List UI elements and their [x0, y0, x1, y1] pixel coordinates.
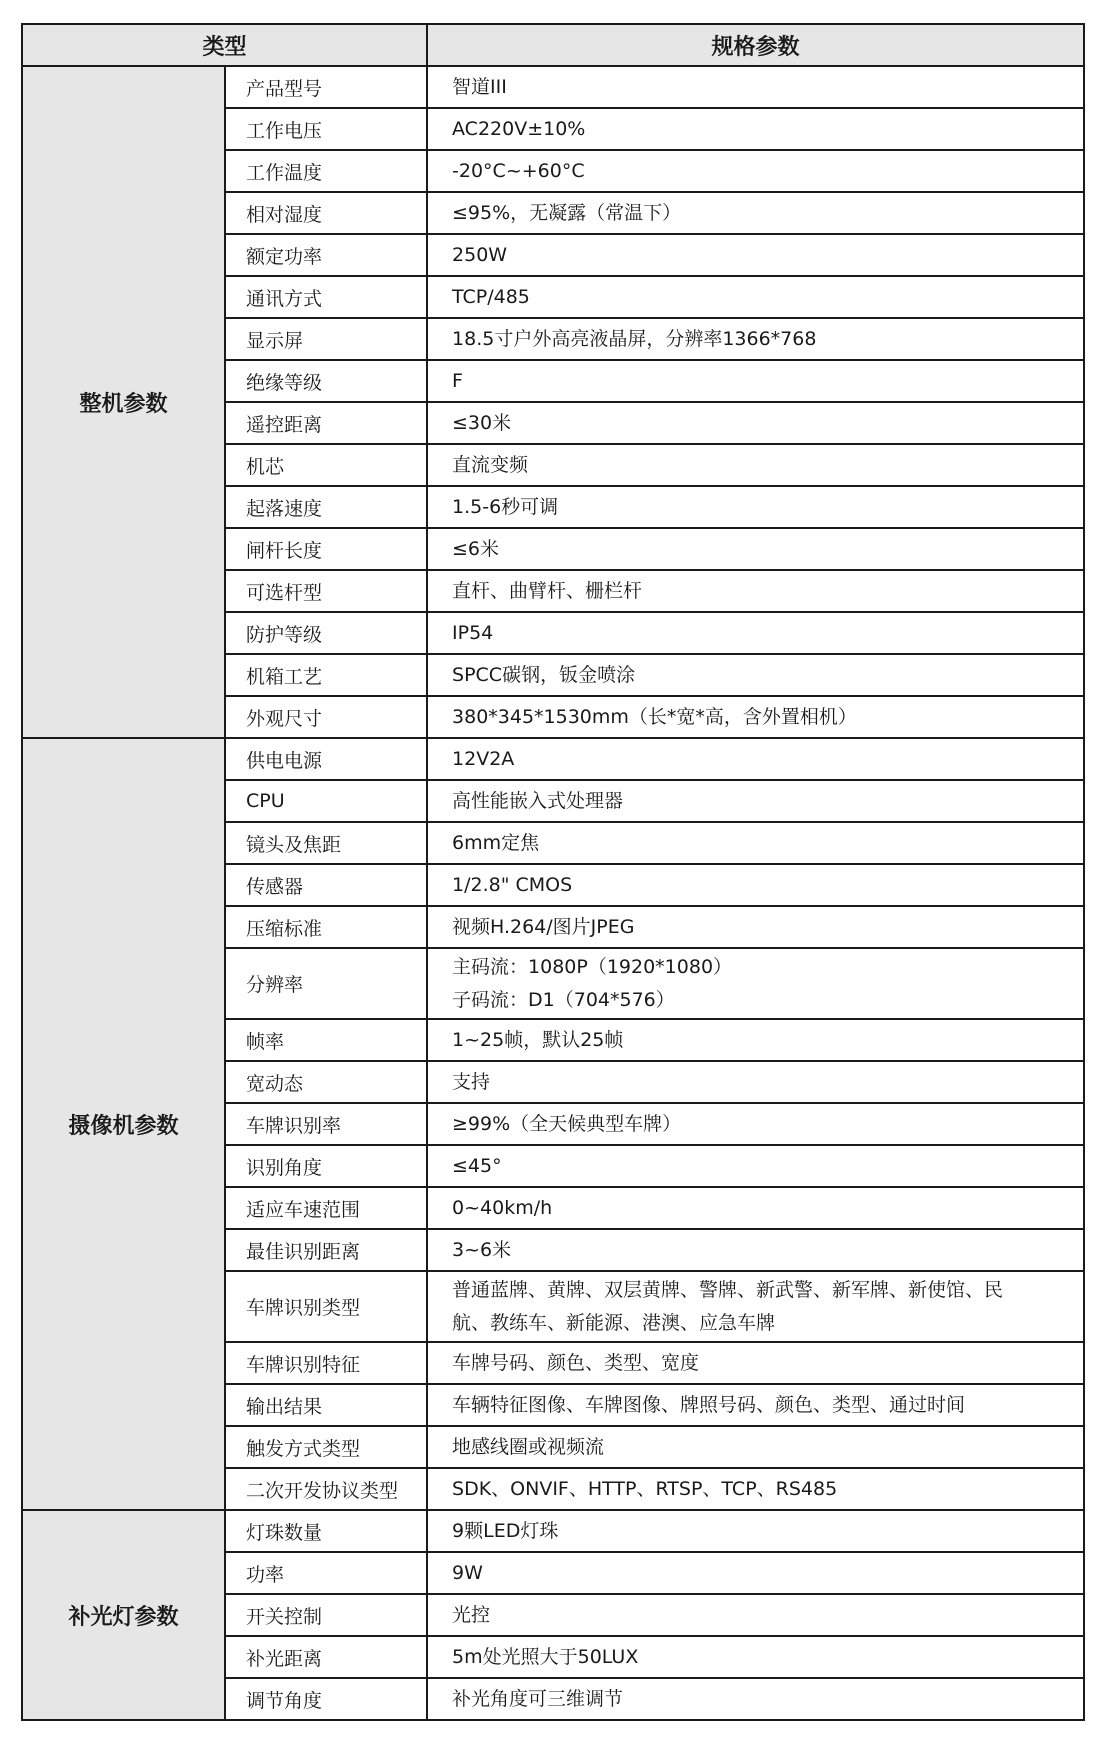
param-name: 闸杆长度	[225, 528, 427, 570]
param-value: SPCC碳钢，钣金喷涂	[427, 654, 1084, 696]
param-value: 车牌号码、颜色、类型、宽度	[427, 1342, 1084, 1384]
value-line: ≤45°	[452, 1150, 1069, 1183]
param-value: 3~6米	[427, 1229, 1084, 1271]
param-value: ≤6米	[427, 528, 1084, 570]
section-label: 补光灯参数	[22, 1510, 225, 1720]
param-name: 显示屏	[225, 318, 427, 360]
param-name: 车牌识别类型	[225, 1271, 427, 1342]
section-label: 摄像机参数	[22, 738, 225, 1510]
param-value: 250W	[427, 234, 1084, 276]
param-value: 380*345*1530mm（长*宽*高，含外置相机）	[427, 696, 1084, 738]
value-line: 1.5-6秒可调	[452, 491, 1069, 524]
value-line: ≤95%，无凝露（常温下）	[452, 197, 1069, 230]
table-row: 补光灯参数灯珠数量9颗LED灯珠	[22, 1510, 1084, 1552]
param-value: 视频H.264/图片JPEG	[427, 906, 1084, 948]
value-line: 9颗LED灯珠	[452, 1515, 1069, 1548]
value-line: 补光角度可三维调节	[452, 1683, 1069, 1716]
param-name: 触发方式类型	[225, 1426, 427, 1468]
param-name: 车牌识别特征	[225, 1342, 427, 1384]
value-line: 普通蓝牌、黄牌、双层黄牌、警牌、新武警、新军牌、新使馆、民	[452, 1274, 1069, 1307]
value-line: 航、教练车、新能源、港澳、应急车牌	[452, 1307, 1069, 1340]
param-name: 工作温度	[225, 150, 427, 192]
param-name: 遥控距离	[225, 402, 427, 444]
value-line: 车牌号码、颜色、类型、宽度	[452, 1347, 1069, 1380]
value-line: 18.5寸户外高亮液晶屏，分辨率1366*768	[452, 323, 1069, 356]
value-line: -20°C~+60°C	[452, 155, 1069, 188]
param-name: 宽动态	[225, 1061, 427, 1103]
value-line: TCP/485	[452, 281, 1069, 314]
param-value: 支持	[427, 1061, 1084, 1103]
value-line: 3~6米	[452, 1234, 1069, 1267]
value-line: 1~25帧，默认25帧	[452, 1024, 1069, 1057]
param-value: ≤30米	[427, 402, 1084, 444]
value-line: 直流变频	[452, 449, 1069, 482]
param-value: 直杆、曲臂杆、栅栏杆	[427, 570, 1084, 612]
value-line: 6mm定焦	[452, 827, 1069, 860]
param-value: 补光角度可三维调节	[427, 1678, 1084, 1720]
value-line: 支持	[452, 1066, 1069, 1099]
param-value: 普通蓝牌、黄牌、双层黄牌、警牌、新武警、新军牌、新使馆、民航、教练车、新能源、港…	[427, 1271, 1084, 1342]
param-value: F	[427, 360, 1084, 402]
value-line: SDK、ONVIF、HTTP、RTSP、TCP、RS485	[452, 1473, 1069, 1506]
value-line: 主码流：1080P（1920*1080）	[452, 951, 1069, 984]
param-name: 功率	[225, 1552, 427, 1594]
param-value: 9W	[427, 1552, 1084, 1594]
value-line: 直杆、曲臂杆、栅栏杆	[452, 575, 1069, 608]
param-value: 5m处光照大于50LUX	[427, 1636, 1084, 1678]
param-name: CPU	[225, 780, 427, 822]
table-header-row: 类型 规格参数	[22, 24, 1084, 66]
param-value: 直流变频	[427, 444, 1084, 486]
param-value: 1/2.8" CMOS	[427, 864, 1084, 906]
value-line: ≤6米	[452, 533, 1069, 566]
param-name: 车牌识别率	[225, 1103, 427, 1145]
param-value: 智道III	[427, 66, 1084, 108]
param-name: 适应车速范围	[225, 1187, 427, 1229]
param-value: 主码流：1080P（1920*1080）子码流：D1（704*576）	[427, 948, 1084, 1019]
param-value: IP54	[427, 612, 1084, 654]
param-value: 1.5-6秒可调	[427, 486, 1084, 528]
param-name: 镜头及焦距	[225, 822, 427, 864]
value-line: 250W	[452, 239, 1069, 272]
param-name: 识别角度	[225, 1145, 427, 1187]
param-name: 压缩标准	[225, 906, 427, 948]
param-value: ≤45°	[427, 1145, 1084, 1187]
header-type: 类型	[22, 24, 427, 66]
value-line: AC220V±10%	[452, 113, 1069, 146]
param-value: SDK、ONVIF、HTTP、RTSP、TCP、RS485	[427, 1468, 1084, 1510]
value-line: 智道III	[452, 71, 1069, 104]
param-name: 补光距离	[225, 1636, 427, 1678]
value-line: 5m处光照大于50LUX	[452, 1641, 1069, 1674]
param-value: 光控	[427, 1594, 1084, 1636]
value-line: 1/2.8" CMOS	[452, 869, 1069, 902]
value-line: 12V2A	[452, 743, 1069, 776]
value-line: ≤30米	[452, 407, 1069, 440]
value-line: 子码流：D1（704*576）	[452, 984, 1069, 1017]
param-name: 额定功率	[225, 234, 427, 276]
value-line: F	[452, 365, 1069, 398]
param-value: 高性能嵌入式处理器	[427, 780, 1084, 822]
param-name: 相对湿度	[225, 192, 427, 234]
param-value: 车辆特征图像、车牌图像、牌照号码、颜色、类型、通过时间	[427, 1384, 1084, 1426]
param-name: 调节角度	[225, 1678, 427, 1720]
param-name: 起落速度	[225, 486, 427, 528]
value-line: 车辆特征图像、车牌图像、牌照号码、颜色、类型、通过时间	[452, 1389, 1069, 1422]
param-name: 通讯方式	[225, 276, 427, 318]
param-value: ≤95%，无凝露（常温下）	[427, 192, 1084, 234]
param-value: 12V2A	[427, 738, 1084, 780]
param-name: 分辨率	[225, 948, 427, 1019]
value-line: ≥99%（全天候典型车牌）	[452, 1108, 1069, 1141]
param-name: 机芯	[225, 444, 427, 486]
param-name: 帧率	[225, 1019, 427, 1061]
param-name: 输出结果	[225, 1384, 427, 1426]
param-name: 机箱工艺	[225, 654, 427, 696]
value-line: 0~40km/h	[452, 1192, 1069, 1225]
param-value: 0~40km/h	[427, 1187, 1084, 1229]
param-value: 地感线圈或视频流	[427, 1426, 1084, 1468]
value-line: 380*345*1530mm（长*宽*高，含外置相机）	[452, 701, 1069, 734]
spec-table: 类型 规格参数 整机参数产品型号智道III工作电压AC220V±10%工作温度-…	[21, 23, 1085, 1721]
param-value: AC220V±10%	[427, 108, 1084, 150]
value-line: 9W	[452, 1557, 1069, 1590]
value-line: 视频H.264/图片JPEG	[452, 911, 1069, 944]
param-value: -20°C~+60°C	[427, 150, 1084, 192]
param-name: 外观尺寸	[225, 696, 427, 738]
param-name: 绝缘等级	[225, 360, 427, 402]
param-name: 可选杆型	[225, 570, 427, 612]
param-value: 9颗LED灯珠	[427, 1510, 1084, 1552]
value-line: 高性能嵌入式处理器	[452, 785, 1069, 818]
param-name: 工作电压	[225, 108, 427, 150]
param-name: 供电电源	[225, 738, 427, 780]
section-label: 整机参数	[22, 66, 225, 738]
param-value: 6mm定焦	[427, 822, 1084, 864]
param-value: 1~25帧，默认25帧	[427, 1019, 1084, 1061]
value-line: IP54	[452, 617, 1069, 650]
table-row: 摄像机参数供电电源12V2A	[22, 738, 1084, 780]
param-value: 18.5寸户外高亮液晶屏，分辨率1366*768	[427, 318, 1084, 360]
param-name: 防护等级	[225, 612, 427, 654]
param-name: 最佳识别距离	[225, 1229, 427, 1271]
param-value: ≥99%（全天候典型车牌）	[427, 1103, 1084, 1145]
param-name: 传感器	[225, 864, 427, 906]
param-name: 二次开发协议类型	[225, 1468, 427, 1510]
table-row: 整机参数产品型号智道III	[22, 66, 1084, 108]
value-line: SPCC碳钢，钣金喷涂	[452, 659, 1069, 692]
header-spec: 规格参数	[427, 24, 1084, 66]
param-name: 灯珠数量	[225, 1510, 427, 1552]
param-value: TCP/485	[427, 276, 1084, 318]
value-line: 光控	[452, 1599, 1069, 1632]
value-line: 地感线圈或视频流	[452, 1431, 1069, 1464]
param-name: 产品型号	[225, 66, 427, 108]
param-name: 开关控制	[225, 1594, 427, 1636]
